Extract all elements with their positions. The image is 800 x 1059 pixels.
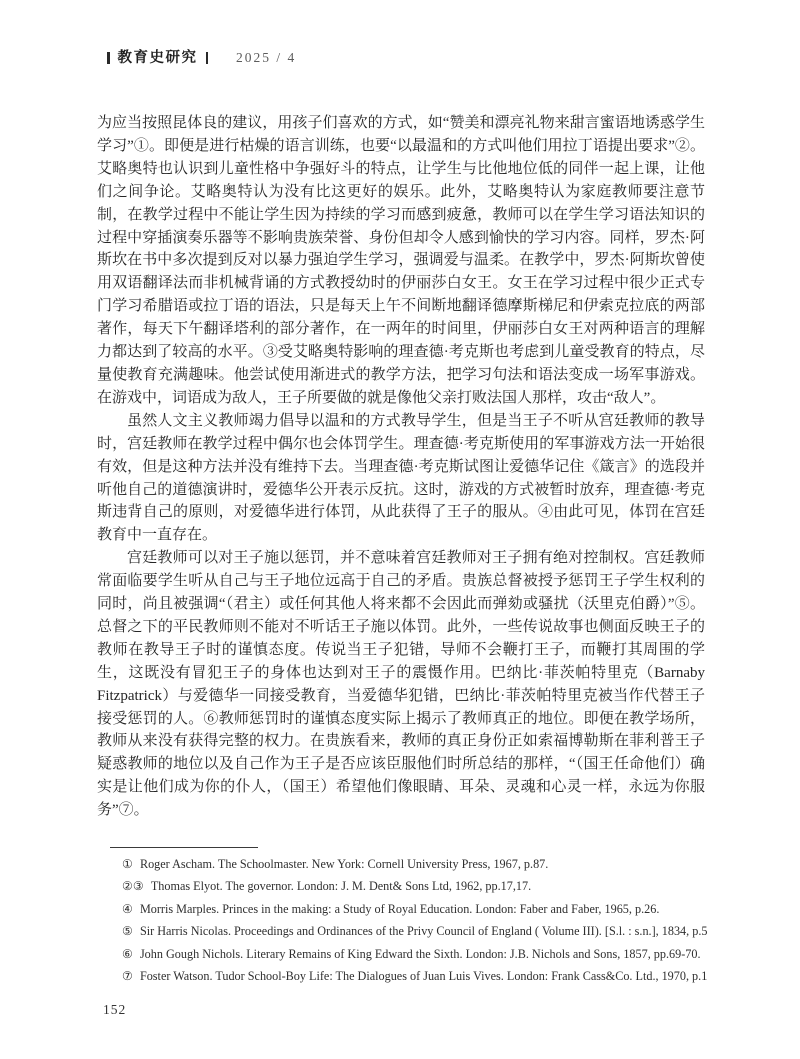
footnote-separator xyxy=(110,847,258,848)
footnote-item: ⑦ Foster Watson. Tudor School-Boy Life: … xyxy=(122,965,708,987)
footnote-text: Thomas Elyot. The governor. London: J. M… xyxy=(151,875,708,897)
page-header: 教育史研究 2025 / 4 xyxy=(99,50,296,66)
article-body: 为应当按照昆体良的建议，用孩子们喜欢的方式，如“赞美和漂亮礼物来甜言蜜语地诱惑学… xyxy=(97,112,705,822)
footnote-marker: ⑦ xyxy=(122,965,133,987)
footnote-item: ④ Morris Marples. Princes in the making:… xyxy=(122,898,708,920)
issue-label: 2025 / 4 xyxy=(236,50,296,66)
journal-page: 教育史研究 2025 / 4 为应当按照昆体良的建议，用孩子们喜欢的方式，如“赞… xyxy=(0,0,800,1059)
footnote-marker: ⑥ xyxy=(122,943,133,965)
footnote-item: ⑤ Sir Harris Nicolas. Proceedings and Or… xyxy=(122,920,708,942)
divider-bar-icon xyxy=(206,52,209,64)
footnote-text: John Gough Nichols. Literary Remains of … xyxy=(140,943,708,965)
footnote-text: Roger Ascham. The Schoolmaster. New York… xyxy=(140,853,708,875)
footnote-item: ① Roger Ascham. The Schoolmaster. New Yo… xyxy=(122,853,708,875)
paragraph: 宫廷教师可以对王子施以惩罚，并不意味着宫廷教师对王子拥有绝对控制权。宫廷教师常面… xyxy=(97,547,705,822)
footnote-item: ⑥ John Gough Nichols. Literary Remains o… xyxy=(122,943,708,965)
footnote-item: ②③ Thomas Elyot. The governor. London: J… xyxy=(122,875,708,897)
footnote-marker: ②③ xyxy=(122,875,144,897)
footnotes: ① Roger Ascham. The Schoolmaster. New Yo… xyxy=(122,853,708,987)
footnote-marker: ① xyxy=(122,853,133,875)
footnote-text: Sir Harris Nicolas. Proceedings and Ordi… xyxy=(140,920,708,942)
journal-title: 教育史研究 xyxy=(118,50,198,66)
footnote-text: Foster Watson. Tudor School-Boy Life: Th… xyxy=(140,965,708,987)
footnote-marker: ④ xyxy=(122,898,133,920)
page-number: 152 xyxy=(103,1002,126,1018)
paragraph: 为应当按照昆体良的建议，用孩子们喜欢的方式，如“赞美和漂亮礼物来甜言蜜语地诱惑学… xyxy=(97,112,705,410)
footnote-text: Morris Marples. Princes in the making: a… xyxy=(140,898,708,920)
divider-bar-icon xyxy=(107,52,110,64)
footnote-marker: ⑤ xyxy=(122,920,133,942)
paragraph: 虽然人文主义教师竭力倡导以温和的方式教导学生，但是当王子不听从宫廷教师的教导时，… xyxy=(97,410,705,547)
